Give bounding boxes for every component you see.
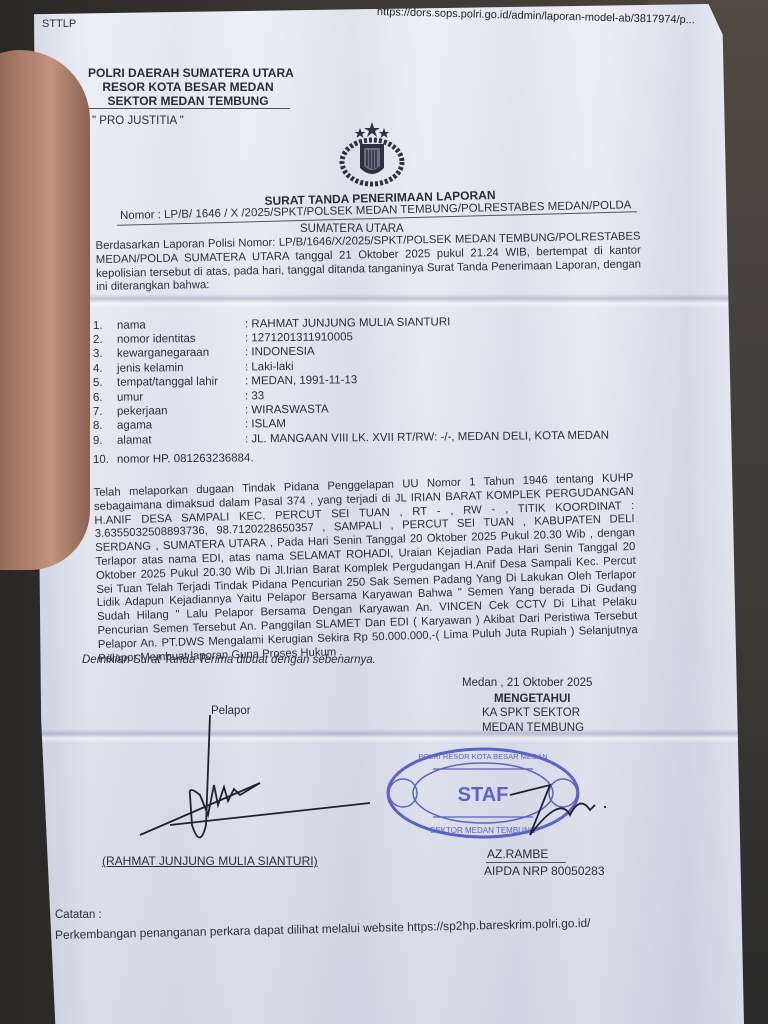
field-value: : MEDAN, 1991-11-13 <box>245 374 357 387</box>
note-label: Catatan : <box>55 909 102 921</box>
identity-field-row: 10.nomor HP. 081263236884. <box>93 452 254 466</box>
identity-field-row: 6.umur: 33 <box>93 390 264 404</box>
field-number: 1. <box>93 320 117 332</box>
field-label: nama <box>117 318 245 331</box>
field-label: umur <box>117 390 245 403</box>
field-number: 8. <box>93 420 117 432</box>
holding-thumb <box>0 50 90 570</box>
field-label: jenis kelamin <box>117 361 245 374</box>
officer-rank-nrp: AIPDA NRP 80050283 <box>484 864 605 878</box>
field-label: nomor identitas <box>117 332 245 345</box>
field-label: agama <box>117 418 245 431</box>
agency-line-2: RESOR KOTA BESAR MEDAN <box>88 80 288 94</box>
officer-title-2: MEDAN TEMBUNG <box>482 722 584 734</box>
stamp-top: POLRI RESOR KOTA BESAR MEDAN <box>418 752 547 761</box>
agency-line-1: POLRI DAERAH SUMATERA UTARA <box>88 66 288 80</box>
identity-field-row: 8.agama: ISLAM <box>93 418 286 432</box>
officer-name-underline <box>486 862 566 863</box>
field-number: 6. <box>93 392 117 404</box>
field-number: 7. <box>93 406 117 418</box>
field-label: tempat/tanggal lahir <box>117 375 245 388</box>
officer-heading: MENGETAHUI <box>494 693 570 705</box>
polri-emblem-icon <box>336 120 408 188</box>
header-divider <box>88 108 290 109</box>
field-number: 9. <box>93 435 117 447</box>
field-value: : WIRASWASTA <box>245 404 329 417</box>
identity-field-row: 3.kewarganegaraan: INDONESIA <box>93 346 315 360</box>
agency-line-3: SEKTOR MEDAN TEMBUNG <box>88 94 288 108</box>
field-value: : 33 <box>245 390 264 402</box>
field-number: 2. <box>93 334 117 346</box>
field-label: kewarganegaraan <box>117 346 245 359</box>
reporter-name: (RAHMAT JUNJUNG MULIA SIANTURI) <box>102 854 318 868</box>
field-label: alamat <box>117 433 245 446</box>
report-body: Telah melaporkan dugaan Tindak Pidana Pe… <box>93 472 638 666</box>
closing-statement: Demikian Surat Tanda Terima dibuat denga… <box>82 654 376 666</box>
paper-fold <box>34 294 744 308</box>
intro-paragraph: Berdasarkan Laporan Polisi Nomor: LP/B/1… <box>96 230 642 295</box>
place-date: Medan , 21 Oktober 2025 <box>462 677 592 689</box>
officer-signature <box>500 775 610 855</box>
field-value: : ISLAM <box>245 418 286 430</box>
reporter-signature <box>130 715 380 855</box>
officer-title-1: KA SPKT SEKTOR <box>482 707 580 719</box>
field-value: : INDONESIA <box>245 346 315 359</box>
field-value: : 1271201311910005 <box>245 331 353 344</box>
field-number: 4. <box>93 363 117 375</box>
report-number-cont: SUMATERA UTARA <box>300 223 404 235</box>
field-number: 10. <box>93 454 117 466</box>
field-value: : Laki-laki <box>245 361 294 374</box>
form-code: STTLP <box>42 18 76 30</box>
identity-field-row: 4.jenis kelamin: Laki-laki <box>93 361 294 375</box>
field-value: : RAHMAT JUNJUNG MULIA SIANTURI <box>245 316 450 330</box>
field-label: pekerjaan <box>117 404 245 417</box>
pro-justitia: " PRO JUSTITIA " <box>92 115 184 127</box>
field-label: nomor HP. 081263236884. <box>117 452 254 465</box>
identity-field-row: 7.pekerjaan: WIRASWASTA <box>93 404 329 418</box>
field-number: 3. <box>93 348 117 360</box>
field-number: 5. <box>93 377 117 389</box>
